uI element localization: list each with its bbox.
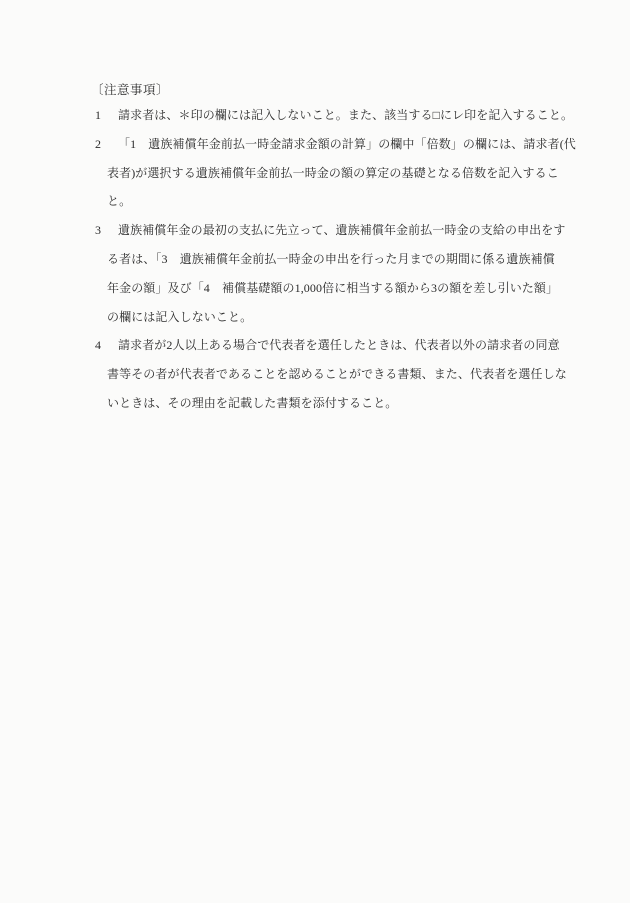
- notice-line: る者は、「3 遺族補償年金前払一時金の申出を行った月までの期間に係る遺族補償: [107, 245, 571, 274]
- notice-item-4: 4 請求者が2人以上ある場合で代表者を選任したときは、代表者以外の請求者の同意 …: [95, 331, 571, 417]
- notice-line: と。: [107, 187, 571, 216]
- notice-line: 表者)が選択する遺族補償年金前払一時金の額の算定の基礎となる倍数を記入するこ: [107, 159, 571, 188]
- item-number: 1: [95, 101, 101, 130]
- item-number: 2: [95, 130, 101, 159]
- notice-line: の欄には記入しないこと。: [107, 303, 571, 332]
- notice-list: 1 請求者は、＊印の欄には記入しないこと。また、該当する□にレ印を記入すること。…: [95, 101, 571, 418]
- notice-line: 遺族補償年金の最初の支払に先立って、遺族補償年金前払一時金の支給の申出をす: [118, 216, 571, 245]
- document-page: 〔注意事項〕 1 請求者は、＊印の欄には記入しないこと。また、該当する□にレ印を…: [0, 0, 630, 903]
- item-number: 3: [95, 216, 101, 245]
- notice-item-2: 2 「1 遺族補償年金前払一時金請求金額の計算」の欄中「倍数」の欄には、請求者(…: [95, 130, 571, 216]
- notice-line: 請求者は、＊印の欄には記入しないこと。また、該当する□にレ印を記入すること。: [118, 101, 571, 130]
- notice-line: 「1 遺族補償年金前払一時金請求金額の計算」の欄中「倍数」の欄には、請求者(代: [118, 130, 571, 159]
- notice-line: 書等その者が代表者であることを認めることができる書類、また、代表者を選任しな: [107, 360, 571, 389]
- item-number: 4: [95, 331, 101, 360]
- notice-line: 請求者が2人以上ある場合で代表者を選任したときは、代表者以外の請求者の同意: [118, 331, 571, 360]
- notice-heading: 〔注意事項〕: [91, 83, 169, 97]
- notice-item-1: 1 請求者は、＊印の欄には記入しないこと。また、該当する□にレ印を記入すること。: [95, 101, 571, 130]
- notice-line: いときは、その理由を記載した書類を添付すること。: [107, 389, 571, 418]
- notice-line: 年金の額」及び「4 補償基礎額の1,000倍に相当する額から3の額を差し引いた額…: [107, 274, 571, 303]
- notice-item-3: 3 遺族補償年金の最初の支払に先立って、遺族補償年金前払一時金の支給の申出をす …: [95, 216, 571, 331]
